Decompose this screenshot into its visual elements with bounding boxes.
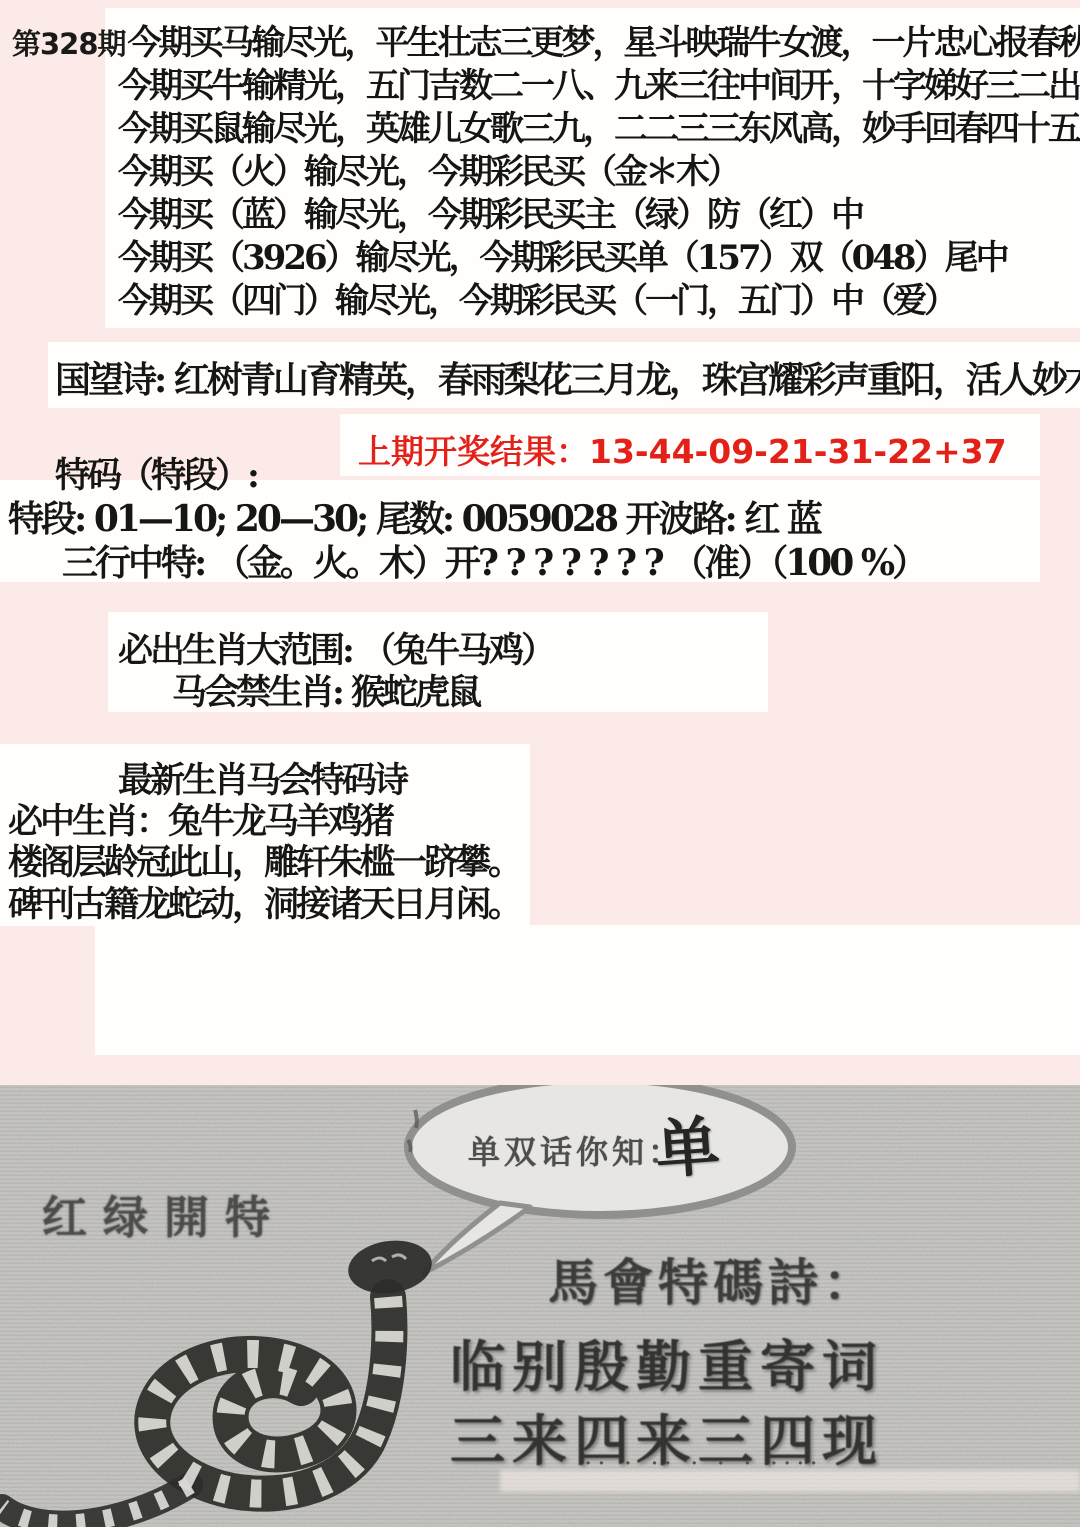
bubble-answer: 单 — [652, 1095, 722, 1191]
horse-poem-title: 馬會特碼詩： — [548, 1243, 878, 1315]
tip-line: 第328期今期买马输尽光，平生壮志三更梦，星斗映瑞牛女渡，一片忠心报春秋 — [12, 22, 1080, 66]
scanned-image-section: 单双话你知： 单 红绿開特 馬會特碼詩： 临别殷勤重寄词 三来四来三四现 ·· … — [0, 1085, 1080, 1527]
tip-line: 今期买（四门）输尽光，今期彩民买（一门，五门）中（爱） — [118, 280, 955, 323]
sanxing-line: 三行中特: （金。火。木）开? ? ? ? ? ? ? （准）（100 %） — [62, 535, 925, 586]
tip-line: 今期买（3926）输尽光，今期彩民买单（157）双（048）尾中 — [118, 237, 1007, 280]
tip-line: 今期买牛输精光，五门吉数二一八、九来三往中间开，十字娣好三二出 — [118, 65, 1079, 108]
tip-text: 今期买马输尽光，平生壮志三更梦，星斗映瑞牛女渡，一片忠心报春秋 — [128, 23, 1080, 63]
tema-poem-line2: 碑刊古籍龙蛇动，洞接诸天日月闲。 — [8, 877, 520, 927]
horse-poem-line1: 临别殷勤重寄词 — [450, 1323, 884, 1402]
last-result-label: 上期开奖结果： — [358, 432, 589, 471]
bubble-label: 单双话你知： — [468, 1127, 684, 1173]
last-result: 上期开奖结果：13-44-09-21-31-22+37 — [358, 426, 1007, 473]
tip-line: 今期买（蓝）输尽光，今期彩民买主（绿）防（红）中 — [118, 194, 862, 237]
lottery-tip-sheet: 第328期今期买马输尽光，平生壮志三更梦，星斗映瑞牛女渡，一片忠心报春秋 今期买… — [0, 0, 1080, 1527]
white-patch-gap — [95, 925, 1080, 1055]
last-result-numbers: 13-44-09-21-31-22+37 — [589, 432, 1007, 471]
left-caption: 红绿開特 — [42, 1181, 286, 1246]
zodiac-forbidden: 马会禁生肖: 猴蛇虎鼠 — [172, 665, 479, 715]
light-strip — [500, 1470, 1080, 1492]
guowang-poem: 国望诗: 红树青山育精英，春雨梨花三月龙，珠宫耀彩声重阳，活人妙术神通大。 — [55, 352, 1080, 403]
issue-label: 第328期 — [12, 27, 126, 61]
tip-line: 今期买鼠输尽光，英雄儿女歌三九，二二三三东风高，妙手回春四十五 — [118, 108, 1079, 151]
tip-line: 今期买（火）输尽光，今期彩民买（金＊木） — [118, 151, 738, 194]
